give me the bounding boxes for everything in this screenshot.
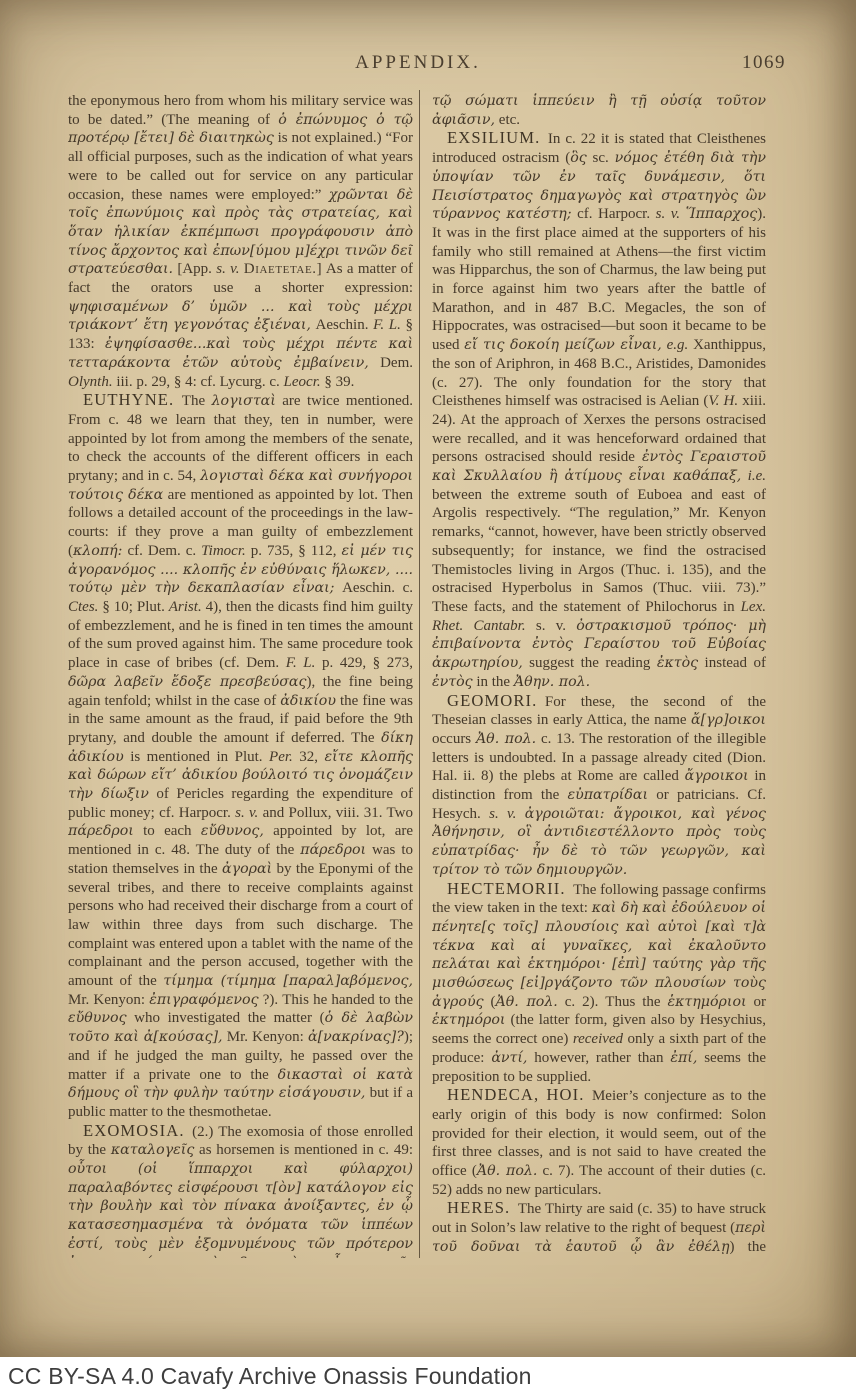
entry-headword: HENDECA, HOI.: [447, 1085, 584, 1104]
text-run: V. H.: [708, 393, 738, 409]
text-run: Arist.: [169, 599, 202, 615]
text-run: ἄγροικοι: [685, 768, 749, 784]
text-run: ). It was in the first place aimed at th…: [432, 206, 766, 353]
text-run: s. v.: [235, 805, 258, 821]
text-run: c. 2). Thus the: [558, 994, 668, 1010]
text-run: 32,: [293, 749, 325, 765]
text-run: who investigated the matter (: [127, 1010, 325, 1026]
entry-headword: EXSILIUM.: [447, 128, 540, 147]
text-run: s. v.: [216, 261, 239, 277]
text-run: Per.: [269, 749, 293, 765]
text-run: and Pollux, viii. 31. Two: [258, 805, 413, 821]
text-run: εὐπατρίδαι: [567, 787, 648, 803]
text-run: to each: [134, 823, 201, 839]
text-run: sc.: [587, 150, 615, 166]
text-run: suggest the reading: [523, 655, 657, 671]
text-run: received: [573, 1031, 623, 1047]
text-run: s. v.: [526, 618, 577, 634]
text-run: λογισταὶ: [212, 393, 276, 409]
text-run: εὔθυνος: [68, 1010, 127, 1026]
text-run: [App.: [173, 261, 216, 277]
text-run: instead of: [698, 655, 766, 671]
text-run: ἑκτημόριοι: [668, 994, 747, 1010]
text-run: p. 429, § 273,: [315, 655, 413, 671]
text-run: ἐπιγραφόμενος: [149, 992, 258, 1008]
text-run: [516, 806, 524, 822]
text-run: p. 735, § 112,: [246, 543, 342, 559]
license-text: CC BY-SA 4.0 Cavafy Archive Onassis Foun…: [0, 1363, 532, 1390]
text-run: Diaetetae.: [244, 261, 317, 277]
text-run: οὗτοι (οἱ ἵππαρχοι καὶ φύλαρχοι) παραλαβ…: [68, 1161, 413, 1258]
text-run: τίμημα (τίμημα [παραλ]αβόμενος,: [163, 973, 413, 989]
text-run: εἴ τις δοκοίη μείζων εἶναι,: [464, 337, 662, 353]
text-run: Mr. Kenyon:: [68, 992, 149, 1008]
text-run: F. L.: [286, 655, 316, 671]
column-divider-rule: [419, 90, 420, 1258]
text-run: Leocr.: [284, 374, 321, 390]
text-run: The: [182, 393, 212, 409]
text-run: εὔθυνος,: [201, 823, 264, 839]
text-run: δῶρα λαβεῖν ἔδοξε πρεσβεύσας: [68, 674, 306, 690]
entry-paragraph: GEOMORI. For these, the second of the Th…: [432, 692, 766, 880]
entry-paragraph: HENDECA, HOI. Meier’s conjecture as to t…: [432, 1086, 766, 1199]
text-run: τῷ σώματι ἱππεύειν ἢ τῇ οὐσίᾳ τοῦτον ἀφι…: [432, 93, 766, 128]
text-column-left: the eponymous hero from whom his militar…: [68, 92, 413, 1258]
text-run: ἀδικίου: [280, 693, 336, 709]
text-run: ἐκτὸς: [657, 655, 698, 671]
text-run: or: [747, 994, 766, 1010]
entry-paragraph: HECTEMORII. The following passage confir…: [432, 880, 766, 1087]
text-run: Ἀθ. πολ.: [477, 1163, 538, 1179]
entry-headword: HECTEMORII.: [447, 879, 566, 898]
license-bar: CC BY-SA 4.0 Cavafy Archive Onassis Foun…: [0, 1357, 856, 1396]
text-run: ἐπί,: [670, 1050, 697, 1066]
page-number: 1069: [742, 52, 786, 74]
text-run: occurs: [432, 731, 476, 747]
text-run: ἐντὸς: [432, 674, 473, 690]
text-run: s. v.: [656, 206, 680, 222]
text-run: etc.: [495, 112, 520, 128]
text-run: Ἀθ. πολ.: [476, 731, 536, 747]
text-run: Timocr.: [201, 543, 246, 559]
text-run: Olynth.: [68, 374, 113, 390]
paragraph: the eponymous hero from whom his militar…: [68, 92, 413, 391]
entry-paragraph: HERES. The Thirty are said (c. 35) to ha…: [432, 1199, 766, 1258]
entry-paragraph: EUTHYNE. The λογισταὶ are twice mentione…: [68, 391, 413, 1121]
text-run: Ἀθην. πολ.: [514, 674, 590, 690]
text-run: Dem.: [369, 355, 413, 371]
entry-headword: HERES.: [447, 1198, 510, 1217]
text-run: s. v.: [489, 806, 516, 822]
page-title: APPENDIX.: [68, 52, 768, 74]
text-run: ἀγοραὶ: [222, 861, 272, 877]
scanned-book-page: APPENDIX. 1069 the eponymous hero from w…: [0, 0, 856, 1357]
text-run: cf. Harpocr.: [572, 206, 656, 222]
text-run: πάρεδροι: [68, 823, 134, 839]
text-run: Aeschin. c.: [334, 580, 413, 596]
text-run: καταλογεῖς: [111, 1142, 194, 1158]
text-run: ἄ[γρ]οικοι: [691, 712, 766, 728]
paragraph: τῷ σώματι ἱππεύειν ἢ τῇ οὐσίᾳ τοῦτον ἀφι…: [432, 92, 766, 129]
entry-headword: GEOMORI.: [447, 691, 537, 710]
entry-paragraph: EXSILIUM. In c. 22 it is stated that Cle…: [432, 129, 766, 691]
text-run: ἑκτημόροι: [432, 1012, 505, 1028]
text-run: Aeschin.: [311, 317, 373, 333]
text-run: Mr. Kenyon:: [223, 1029, 308, 1045]
text-run: πάρεδροι: [300, 842, 366, 858]
text-run: ἐψηφίσασθε...καὶ τοὺς μέχρι πέντε καὶ τε…: [68, 336, 413, 371]
text-run: ὃς: [570, 150, 587, 166]
entry-headword: EXOMOSIA.: [83, 1121, 185, 1140]
text-run: (: [484, 994, 496, 1010]
text-run: Ἵππαρχος: [686, 206, 758, 222]
text-run: § 10; Plut.: [98, 599, 168, 615]
text-run: in the: [473, 674, 514, 690]
entry-headword: EUTHYNE.: [83, 390, 174, 409]
text-run: iii. p. 29, § 4: cf. Lycurg. c.: [113, 374, 284, 390]
text-run: as horsemen is mentioned in c. 49:: [194, 1142, 413, 1158]
text-run: κλοπή:: [73, 543, 122, 559]
text-run: between the extreme south of Euboea and …: [432, 487, 766, 615]
text-run: Ctes.: [68, 599, 98, 615]
text-run: e.g.: [667, 337, 689, 353]
text-run: ?). This he handed to the: [259, 992, 413, 1008]
text-run: ἀ[νακρίνας]?: [308, 1029, 404, 1045]
text-run: F. L.: [373, 317, 401, 333]
text-run: § 39.: [321, 374, 355, 390]
text-run: ἀντί,: [491, 1050, 527, 1066]
text-run: however, rather than: [527, 1050, 670, 1066]
text-run: by the Eponymi of the several tribes, an…: [68, 861, 413, 989]
text-run: i.e.: [748, 468, 766, 484]
text-run: Ἀθ. πολ.: [495, 994, 557, 1010]
text-column-right: τῷ σώματι ἱππεύειν ἢ τῇ οὐσίᾳ τοῦτον ἀφι…: [432, 92, 766, 1258]
text-run: is mentioned in Plut.: [124, 749, 269, 765]
entry-paragraph: EXOMOSIA. (2.) The exomosia of those enr…: [68, 1122, 413, 1258]
text-run: cf. Dem. c.: [122, 543, 201, 559]
